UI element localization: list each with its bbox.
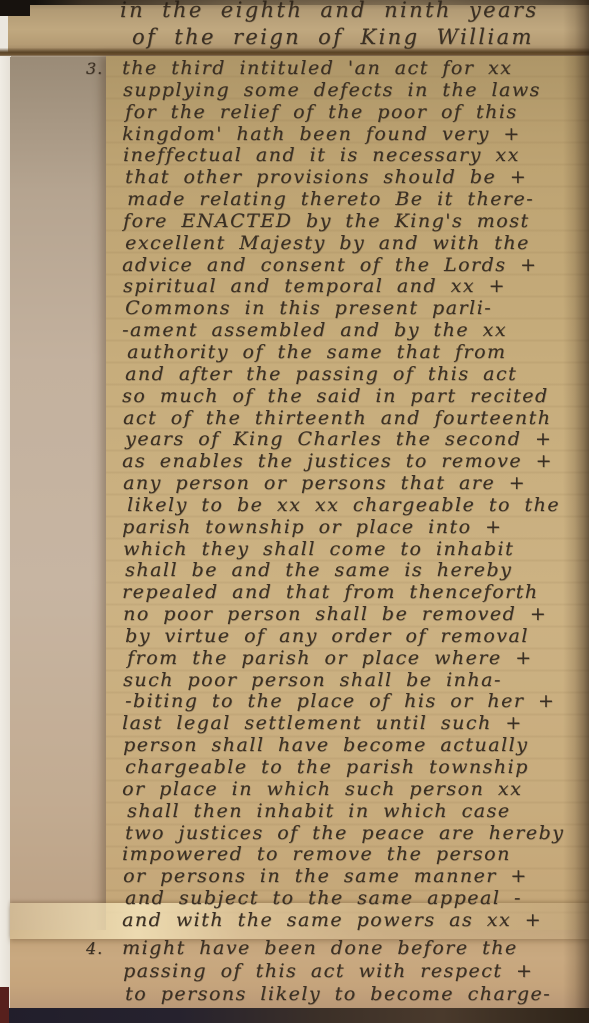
- manuscript-line: fore ENACTED by the King's most: [86, 211, 589, 233]
- previous-page-fragment: in the eighth and ninth yearsof the reig…: [8, 0, 589, 54]
- manuscript-line: -ament assembled and by the xx: [86, 320, 589, 342]
- manuscript-line: -biting to the place of his or her +: [86, 691, 589, 713]
- line-text: such poor person shall be inha-: [123, 669, 502, 691]
- line-text: impowered to remove the person: [122, 843, 511, 865]
- line-text: from the parish or place where +: [127, 647, 533, 669]
- photo-top-edge: [0, 0, 589, 5]
- manuscript-line: parish township or place into +: [86, 517, 589, 539]
- line-text: years of King Charles the second +: [125, 428, 552, 450]
- previous-page-line: of the reign of King William: [120, 24, 585, 51]
- manuscript-line: excellent Majesty by and with the: [86, 233, 589, 255]
- manuscript-line: no poor person shall be removed +: [86, 604, 589, 626]
- manuscript-line: chargeable to the parish township: [86, 757, 589, 779]
- manuscript-line: to persons likely to become charge-: [86, 983, 589, 1006]
- line-text: the third intituled 'an act for xx: [122, 57, 512, 79]
- line-text: no poor person shall be removed +: [123, 603, 547, 625]
- manuscript-line: shall be and the same is hereby: [86, 560, 589, 582]
- manuscript-line: ineffectual and it is necessary xx: [86, 145, 589, 167]
- line-text: shall be and the same is hereby: [125, 559, 512, 581]
- line-text: might have been done before the: [122, 937, 518, 959]
- line-text: last legal settlement until such +: [122, 712, 523, 734]
- line-text: and subject to the same appeal -: [125, 887, 522, 909]
- line-text: act of the thirteenth and fourteenth: [123, 407, 551, 429]
- manuscript-photo: in the eighth and ninth yearsof the reig…: [0, 0, 589, 1023]
- line-text: -ament assembled and by the xx: [122, 319, 507, 341]
- manuscript-line: made relating thereto Be it there-: [86, 189, 589, 211]
- manuscript-line: impowered to remove the person: [86, 844, 589, 866]
- line-text: so much of the said in part recited: [122, 385, 549, 407]
- line-text: shall then inhabit in which case: [127, 800, 511, 822]
- line-text: likely to be xx xx chargeable to the: [127, 494, 560, 516]
- line-text: excellent Majesty by and with the: [125, 232, 530, 254]
- section-number: 3.: [86, 58, 118, 80]
- manuscript-line: spiritual and temporal and xx +: [86, 276, 589, 298]
- manuscript-line: and with the same powers as xx +: [86, 910, 589, 932]
- manuscript-line: that other provisions should be +: [86, 167, 589, 189]
- manuscript-line: or persons in the same manner +: [86, 866, 589, 888]
- manuscript-line: act of the thirteenth and fourteenth: [86, 408, 589, 430]
- line-text: and after the passing of this act: [125, 363, 517, 385]
- manuscript-line: repealed and that from thenceforth: [86, 582, 589, 604]
- manuscript-line: such poor person shall be inha-: [86, 670, 589, 692]
- manuscript-line: any person or persons that are +: [86, 473, 589, 495]
- line-text: fore ENACTED by the King's most: [123, 210, 530, 232]
- manuscript-line: passing of this act with respect +: [86, 960, 589, 983]
- manuscript-line: kingdom' hath been found very +: [86, 124, 589, 146]
- line-text: to persons likely to become charge-: [125, 983, 551, 1005]
- line-text: by virtue of any order of removal: [125, 625, 529, 647]
- manuscript-line: 3. the third intituled 'an act for xx: [86, 58, 589, 80]
- line-text: as enables the justices to remove +: [122, 450, 553, 472]
- line-text: or place in which such person xx: [122, 778, 522, 800]
- line-text: spiritual and temporal and xx +: [123, 275, 506, 297]
- line-text: parish township or place into +: [122, 516, 502, 538]
- manuscript-line: 4. might have been done before the: [86, 937, 589, 960]
- line-text: any person or persons that are +: [123, 472, 526, 494]
- line-text: passing of this act with respect +: [123, 960, 533, 982]
- manuscript-section: 3. the third intituled 'an act for xx su…: [86, 58, 589, 932]
- manuscript-line: last legal settlement until such +: [86, 713, 589, 735]
- manuscript-line: shall then inhabit in which case: [86, 801, 589, 823]
- photo-dark-corner: [0, 0, 30, 16]
- manuscript-line: by virtue of any order of removal: [86, 626, 589, 648]
- line-text: supplying some defects in the laws: [123, 79, 541, 101]
- manuscript-line: person shall have become actually: [86, 735, 589, 757]
- manuscript-line: advice and consent of the Lords +: [86, 255, 589, 277]
- manuscript-line: supplying some defects in the laws: [86, 80, 589, 102]
- binding-edge: [0, 987, 9, 1023]
- manuscript-line: Commons in this present parli-: [86, 298, 589, 320]
- manuscript-sections: 3. the third intituled 'an act for xx su…: [86, 58, 589, 1023]
- line-text: or persons in the same manner +: [123, 865, 528, 887]
- section-number: 4.: [86, 937, 118, 960]
- line-text: authority of the same that from: [127, 341, 506, 363]
- manuscript-line: as enables the justices to remove +: [86, 451, 589, 473]
- line-text: which they shall come to inhabit: [123, 538, 514, 560]
- line-text: chargeable to the parish township: [125, 756, 529, 778]
- manuscript-line: likely to be xx xx chargeable to the: [86, 495, 589, 517]
- line-text: two justices of the peace are hereby: [125, 822, 564, 844]
- manuscript-line: authority of the same that from: [86, 342, 589, 364]
- manuscript-line: or place in which such person xx: [86, 779, 589, 801]
- photo-bottom-edge: [0, 1008, 589, 1023]
- line-text: made relating thereto Be it there-: [127, 188, 534, 210]
- manuscript-line: from the parish or place where +: [86, 648, 589, 670]
- manuscript-line: two justices of the peace are hereby: [86, 823, 589, 845]
- line-text: ineffectual and it is necessary xx: [123, 144, 520, 166]
- manuscript-line: for the relief of the poor of this: [86, 102, 589, 124]
- line-text: and with the same powers as xx +: [122, 909, 542, 931]
- line-text: advice and consent of the Lords +: [122, 254, 537, 276]
- manuscript-line: so much of the said in part recited: [86, 386, 589, 408]
- manuscript-line: and after the passing of this act: [86, 364, 589, 386]
- line-text: person shall have become actually: [123, 734, 528, 756]
- line-text: repealed and that from thenceforth: [122, 581, 539, 603]
- line-text: that other provisions should be +: [125, 166, 527, 188]
- page-right-edge-shadow: [563, 0, 589, 1023]
- manuscript-line: which they shall come to inhabit: [86, 539, 589, 561]
- manuscript-line: and subject to the same appeal -: [86, 888, 589, 910]
- line-text: kingdom' hath been found very +: [122, 123, 521, 145]
- manuscript-line: years of King Charles the second +: [86, 429, 589, 451]
- line-text: Commons in this present parli-: [125, 297, 492, 319]
- line-text: for the relief of the poor of this: [125, 101, 518, 123]
- previous-page-lines: in the eighth and ninth yearsof the reig…: [120, 0, 585, 51]
- line-text: -biting to the place of his or her +: [125, 690, 555, 712]
